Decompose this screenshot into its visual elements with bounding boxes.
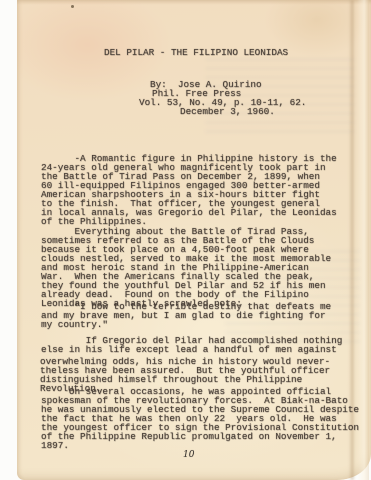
document-title: DEL PILAR - THE FILIPINO LEONIDAS [104, 48, 288, 57]
paragraph-5: On several occasions, he was appointed o… [41, 387, 359, 450]
paragraph-3-quote: "I bow to the terrible destiny that defe… [41, 302, 331, 329]
paragraph-2: Everything about the Battle of Tirad Pas… [41, 227, 331, 308]
paragraph-1: -A Romantic figure in Philippine history… [41, 154, 337, 226]
paragraph-4-part-1: If Gregorio del Pilar had accomplished n… [41, 336, 342, 354]
page-number: 10 [183, 450, 194, 460]
ink-speck [71, 5, 74, 8]
scanned-document-page: DEL PILAR - THE FILIPINO LEONIDAS By: Jo… [0, 0, 371, 480]
byline-date: December 3, 1960. [180, 107, 275, 116]
